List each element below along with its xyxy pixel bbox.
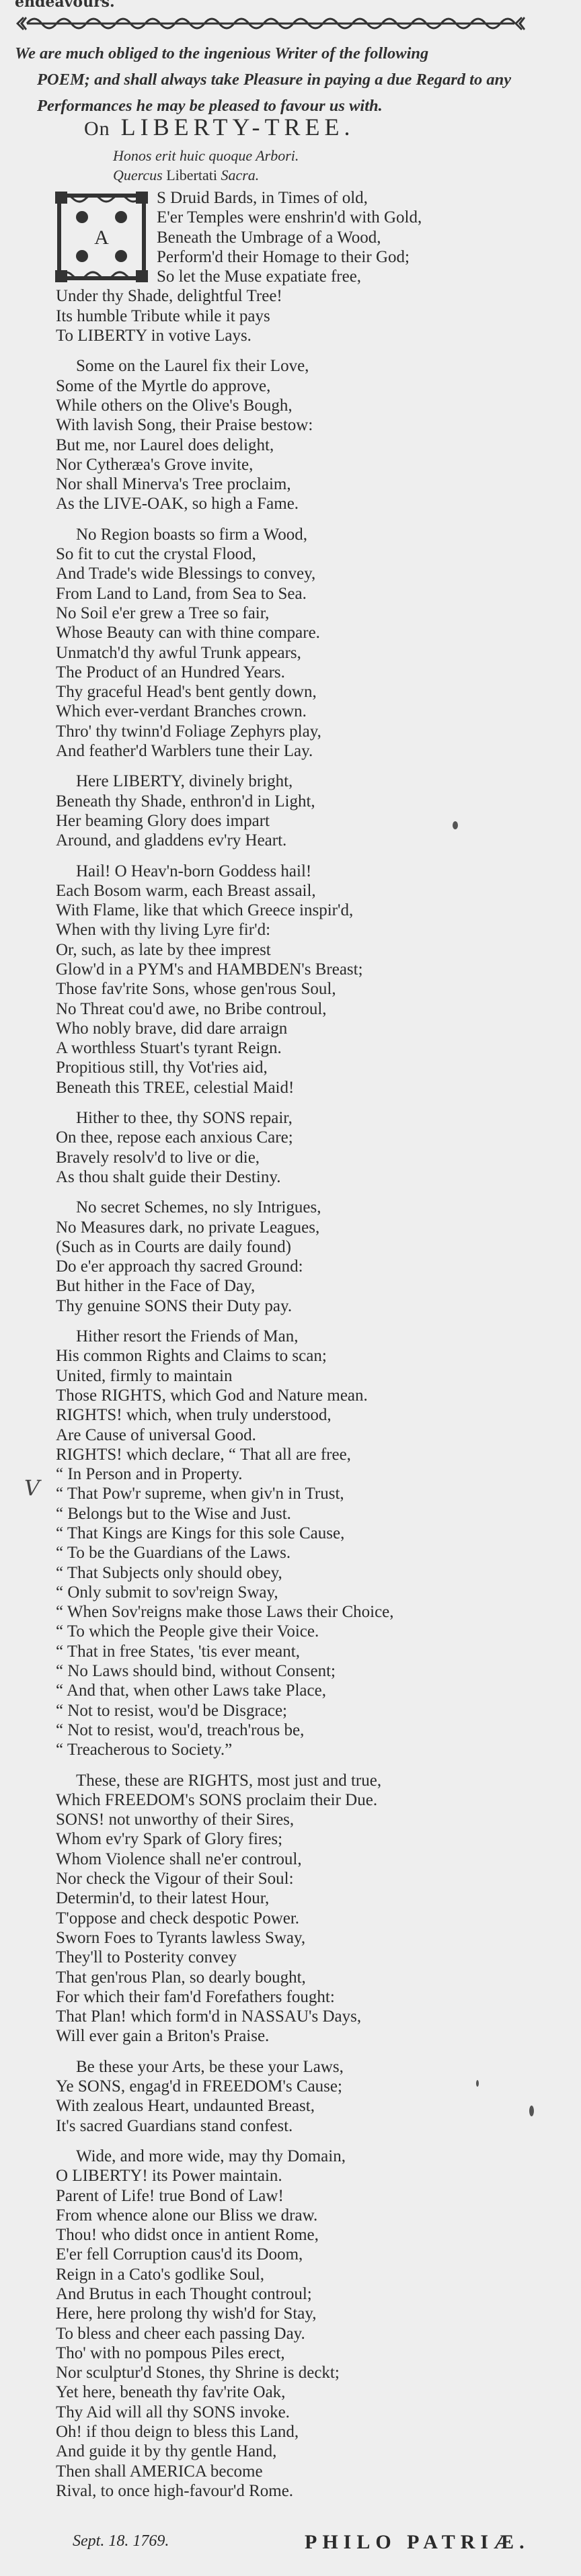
poem-line: For which their fam'd Forefathers fought… — [56, 1987, 527, 2007]
poem-line: It's sacred Guardians stand confest. — [56, 2116, 527, 2136]
poem-line: No Measures dark, no private Leagues, — [56, 1218, 527, 1237]
cropped-text-fragment: endeavours. — [15, 0, 115, 11]
poem-line: On thee, repose each anxious Care; — [56, 1128, 527, 1147]
poem-line: Nor check the Vigour of their Soul: — [56, 1869, 527, 1888]
poem-line: Under thy Shade, delightful Tree! — [56, 286, 527, 306]
poem-line: Nor Cytheræa's Grove invite, — [56, 455, 527, 474]
motto-word-sacra: Sacra. — [221, 167, 259, 183]
signature-block: Sept. 18. 1769. PHILO PATRIÆ. — [73, 2532, 543, 2550]
stanza-5: Hail! O Heav'n-born Goddess hail! Each B… — [56, 862, 527, 1098]
editor-note-first-line: We are much obliged to the ingenious Wri… — [15, 40, 533, 67]
poem-line: “ No Laws should bind, without Consent; — [56, 1661, 527, 1681]
ink-speck — [453, 821, 458, 829]
motto-line-1: Honos erit huic quoque Arbori. — [113, 147, 299, 164]
poem-line: Unmatch'd thy awful Trunk appears, — [56, 643, 527, 663]
poem-line: “ Not to resist, wou'd be Disgrace; — [56, 1701, 527, 1720]
poem-line: SONS! not unworthy of their Sires, — [56, 1810, 527, 1829]
poem-line: RIGHTS! which declare, “ That all are fr… — [56, 1445, 527, 1464]
poem-line: Do e'er approach thy sacred Ground: — [56, 1257, 527, 1276]
poem-line: With lavish Song, their Praise bestow: — [56, 415, 527, 435]
poem-line: A worthless Stuart's tyrant Reign. — [56, 1038, 527, 1058]
poem-line: Propitious still, thy Vot'ries aid, — [56, 1058, 527, 1077]
editor-note: We are much obliged to the ingenious Wri… — [15, 40, 533, 119]
stanza-4: Here LIBERTY, divinely bright, Beneath t… — [56, 772, 527, 850]
poem-line: Nor sculptur'd Stones, thy Shrine is dec… — [56, 2363, 527, 2382]
poem-line: Perform'd their Homage to their God; — [56, 247, 527, 267]
poem-line: Which ever-verdant Branches crown. — [56, 702, 527, 721]
stanza-10: Be these your Arts, be these your Laws, … — [56, 2057, 527, 2136]
poem-line: “ In Person and in Property. — [56, 1464, 527, 1484]
poem-line: Then shall AMERICA become — [56, 2462, 527, 2481]
poem-line: Nor shall Minerva's Tree proclaim, — [56, 474, 527, 494]
poem-line: Thou! who didst once in antient Rome, — [56, 2225, 527, 2245]
poem-line: Glow'd in a PYM's and HAMBDEN's Breast; — [56, 960, 527, 979]
poem-line: When with thy living Lyre fir'd: — [56, 920, 527, 940]
poem-line: United, firmly to maintain — [56, 1366, 527, 1386]
stanza-1: S Druid Bards, in Times of old, E'er Tem… — [56, 188, 527, 345]
poem-line: Thy graceful Head's bent gently down, — [56, 682, 527, 702]
poem-line: Whose Beauty can with thine compare. — [56, 623, 527, 642]
poem-line: Thy Aid will all thy SONS invoke. — [56, 2403, 527, 2422]
title-prefix: On — [84, 118, 110, 140]
poem-line: With zealous Heart, undaunted Breast, — [56, 2096, 527, 2116]
poem-line: “ That Subjects only should obey, — [56, 1563, 527, 1583]
poem-line: These, these are RIGHTS, most just and t… — [56, 1771, 527, 1790]
poem-line: That Plan! which form'd in NASSAU's Days… — [56, 2007, 527, 2026]
poem-line: No Threat cou'd awe, no Bribe controul, — [56, 999, 527, 1019]
poem-line: “ Belongs but to the Wise and Just. — [56, 1504, 527, 1524]
stanza-3: No Region boasts so firm a Wood, So fit … — [56, 525, 527, 761]
poem-line: As thou shalt guide their Destiny. — [56, 1167, 527, 1187]
poem-line: Wide, and more wide, may thy Domain, — [56, 2147, 527, 2166]
poem-line: “ Treacherous to Society.” — [56, 1740, 527, 1759]
poem-line: O LIBERTY! its Power maintain. — [56, 2166, 527, 2186]
poem-line: To LIBERTY in votive Lays. — [56, 326, 527, 345]
poem-line: Around, and gladdens ev'ry Heart. — [56, 831, 527, 850]
poem-line: “ That in free States, 'tis ever meant, — [56, 1642, 527, 1661]
poem-line: Yet here, beneath thy fav'rite Oak, — [56, 2382, 527, 2402]
poem-line: Hither resort the Friends of Man, — [56, 1327, 527, 1346]
poem-line: Some on the Laurel fix their Love, — [56, 356, 527, 376]
poem-line: They'll to Posterity convey — [56, 1948, 527, 1967]
stanza-8: Hither resort the Friends of Man, His co… — [56, 1327, 527, 1760]
poem-line: “ To which the People give their Voice. — [56, 1622, 527, 1641]
poem-line: To bless and cheer each passing Day. — [56, 2324, 527, 2343]
poem-line: From Land to Land, from Sea to Sea. — [56, 584, 527, 604]
poem-line: Those RIGHTS, which God and Nature mean. — [56, 1386, 527, 1405]
poem-line: Thro' thy twinn'd Foliage Zephyrs play, — [56, 722, 527, 741]
poem-line: But hither in the Face of Day, — [56, 1276, 527, 1296]
poem-line: And Trade's wide Blessings to convey, — [56, 564, 527, 583]
poem-line: Which FREEDOM's SONS proclaim their Due. — [56, 1790, 527, 1810]
stanza-7: No secret Schemes, no sly Intrigues, No … — [56, 1198, 527, 1316]
poem-line: “ Not to resist, wou'd, treach'rous be, — [56, 1720, 527, 1740]
poem-line: Reign in a Cato's godlike Soul, — [56, 2265, 527, 2284]
poem-line: The Product of an Hundred Years. — [56, 663, 527, 682]
newspaper-page: endeavours. We are much obliged to the i… — [0, 0, 581, 2576]
poem-line: “ When Sov'reigns make those Laws their … — [56, 1602, 527, 1622]
poem-line: Beneath thy Shade, enthron'd in Light, — [56, 792, 527, 811]
poem-line: Will ever gain a Briton's Praise. — [56, 2026, 527, 2046]
poem-line: That gen'rous Plan, so dearly bought, — [56, 1968, 527, 1987]
latin-motto: Honos erit huic quoque Arbori. Quercus L… — [113, 146, 299, 185]
poem-line: (Such as in Courts are daily found) — [56, 1237, 527, 1257]
poem-title: On LIBERTY-TREE. — [84, 113, 354, 141]
poem-line: Beneath this TREE, celestial Maid! — [56, 1078, 527, 1097]
stanza-11: Wide, and more wide, may thy Domain, O L… — [56, 2147, 527, 2501]
poem-line: E'er Temples were enshrin'd with Gold, — [56, 208, 527, 227]
poem-line: Hither to thee, thy SONS repair, — [56, 1108, 527, 1128]
poem-line: Or, such, as late by thee imprest — [56, 940, 527, 960]
poem-line: So let the Muse expatiate free, — [56, 267, 527, 286]
publication-date: Sept. 18. 1769. — [73, 2532, 169, 2550]
stanza-9: These, these are RIGHTS, most just and t… — [56, 1771, 527, 2046]
poem-line: S Druid Bards, in Times of old, — [56, 188, 527, 208]
author-pseudonym: PHILO PATRIÆ. — [305, 2531, 530, 2554]
poem-line: Ye SONS, engag'd in FREEDOM's Cause; — [56, 2077, 527, 2096]
motto-word-libertati: Libertati — [166, 167, 217, 183]
poem-line: “ That Kings are Kings for this sole Cau… — [56, 1524, 527, 1543]
poem-line: So fit to cut the crystal Flood, — [56, 544, 527, 564]
poem-line: Thy genuine SONS their Duty pay. — [56, 1296, 527, 1316]
poem-line: “ Only submit to sov'reign Sway, — [56, 1583, 527, 1602]
poem-line: Bravely resolv'd to live or die, — [56, 1148, 527, 1167]
motto-word-quercus: Quercus — [113, 167, 163, 183]
poem-line: Who nobly brave, did dare arraign — [56, 1019, 527, 1038]
stanza-6: Hither to thee, thy SONS repair, On thee… — [56, 1108, 527, 1187]
poem-line: As the LIVE-OAK, so high a Fame. — [56, 494, 527, 513]
poem-line: Hail! O Heav'n-born Goddess hail! — [56, 862, 527, 881]
poem-line: Sworn Foes to Tyrants lawless Sway, — [56, 1928, 527, 1948]
poem-line: Here, here prolong thy wish'd for Stay, — [56, 2304, 527, 2323]
poem-line: Each Bosom warm, each Breast assail, — [56, 881, 527, 901]
poem-line: “ And that, when other Laws take Place, — [56, 1681, 527, 1700]
poem-line: And guide it by thy gentle Hand, — [56, 2442, 527, 2461]
poem-line: No Region boasts so firm a Wood, — [56, 525, 527, 544]
poem-line: And feather'd Warblers tune their Lay. — [56, 741, 527, 761]
poem-line: Whom ev'ry Spark of Glory fires; — [56, 1829, 527, 1849]
poem-line: Determin'd, to their latest Hour, — [56, 1888, 527, 1908]
poem-line: T'oppose and check despotic Power. — [56, 1909, 527, 1928]
ink-speck — [476, 2080, 479, 2087]
poem-line: With Flame, like that which Greece inspi… — [56, 901, 527, 920]
poem-line: His common Rights and Claims to scan; — [56, 1346, 527, 1366]
poem-line: Tho' with no pompous Piles erect, — [56, 2343, 527, 2363]
poem-body: S Druid Bards, in Times of old, E'er Tem… — [56, 188, 527, 2511]
poem-line: From whence alone our Bliss we draw. — [56, 2206, 527, 2225]
poem-line: Are Cause of universal Good. — [56, 1425, 527, 1445]
poem-line: “ That Pow'r supreme, when giv'n in Trus… — [56, 1484, 527, 1503]
poem-line: Be these your Arts, be these your Laws, — [56, 2057, 527, 2077]
poem-line: While others on the Olive's Bough, — [56, 396, 527, 415]
poem-line: RIGHTS! which, when truly understood, — [56, 1405, 527, 1425]
poem-line: And Brutus in each Thought controul; — [56, 2284, 527, 2304]
poem-line: “ To be the Guardians of the Laws. — [56, 1543, 527, 1563]
poem-line: No secret Schemes, no sly Intrigues, — [56, 1198, 527, 1217]
poem-line: Rival, to once high-favour'd Rome. — [56, 2481, 527, 2501]
ink-speck — [529, 2106, 534, 2116]
stanza-2: Some on the Laurel fix their Love, Some … — [56, 356, 527, 513]
handwritten-check-mark: V — [24, 1475, 40, 1501]
poem-line: Whom Violence shall ne'er controul, — [56, 1850, 527, 1869]
poem-line: Some of the Myrtle do approve, — [56, 376, 527, 396]
ornamental-border-rule — [13, 13, 528, 34]
poem-line: Parent of Life! true Bond of Law! — [56, 2186, 527, 2206]
poem-line: Its humble Tribute while it pays — [56, 306, 527, 326]
poem-line: Beneath the Umbrage of a Wood, — [56, 228, 527, 247]
poem-line: Here LIBERTY, divinely bright, — [56, 772, 527, 791]
title-main: LIBERTY-TREE. — [121, 114, 355, 140]
poem-line: Oh! if thou deign to bless this Land, — [56, 2422, 527, 2442]
poem-line: No Soil e'er grew a Tree so fair, — [56, 604, 527, 623]
poem-line: Those fav'rite Sons, whose gen'rous Soul… — [56, 979, 527, 999]
editor-note-rest: POEM; and shall always take Pleasure in … — [15, 67, 533, 119]
poem-line: But me, nor Laurel does delight, — [56, 435, 527, 455]
poem-line: E'er fell Corruption caus'd its Doom, — [56, 2245, 527, 2264]
